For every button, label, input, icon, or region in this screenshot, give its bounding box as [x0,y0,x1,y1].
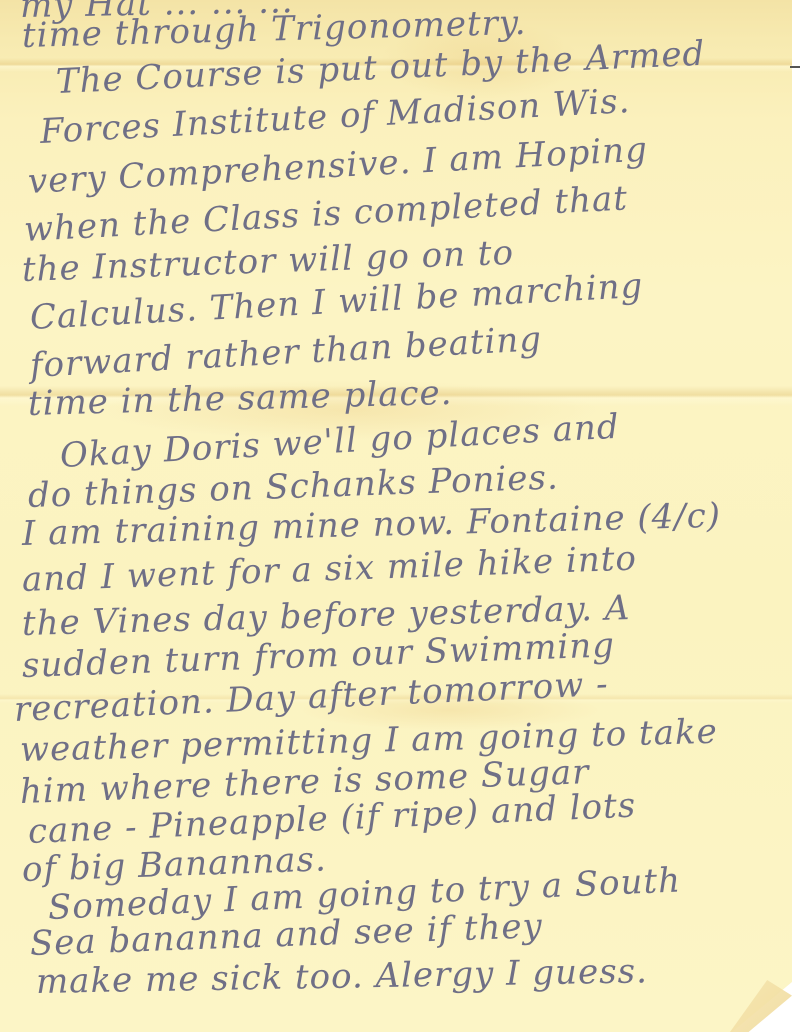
scan-edge [792,0,800,1032]
letter-page: my Hat ... ... ... time through Trigonom… [0,0,792,1032]
scan-edge-mark [790,66,800,68]
